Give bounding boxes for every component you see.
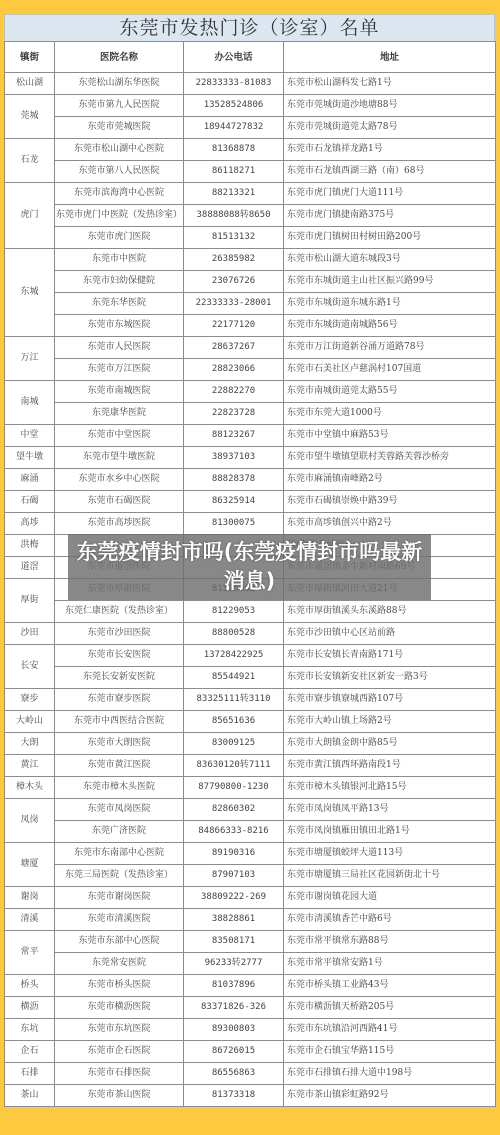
table-row: 东莞市虎门中医院（发热诊室）38888088转8650东莞市虎门镇捷南路375号	[5, 205, 496, 227]
town-cell: 长安	[5, 645, 55, 689]
hospital-name-cell: 东莞市清溪医院	[55, 909, 184, 931]
town-cell: 洪梅	[5, 535, 55, 557]
town-cell: 沙田	[5, 623, 55, 645]
town-cell: 横沥	[5, 997, 55, 1019]
town-cell: 道滘	[5, 557, 55, 579]
address-cell: 东莞市塘厦镇三局社区花园新街北十号	[284, 865, 496, 887]
address-cell: 东莞市中堂镇中麻路53号	[284, 425, 496, 447]
address-cell: 东莞市东城街道主山社区振兴路99号	[284, 271, 496, 293]
address-cell: 东莞市企石镇宝华路115号	[284, 1041, 496, 1063]
hospital-name-cell: 东莞市东城医院	[55, 315, 184, 337]
hospital-name-cell: 东莞市桥头医院	[55, 975, 184, 997]
hospital-name-cell: 东莞市水乡中心医院	[55, 469, 184, 491]
table-row: 东莞市第八人民医院86118271东莞市石龙镇西湖三路（南）68号	[5, 161, 496, 183]
hospital-name-cell: 东莞长安新安医院	[55, 667, 184, 689]
address-cell: 东莞市长安镇新安社区新安一路3号	[284, 667, 496, 689]
phone-cell: 81368878	[184, 139, 284, 161]
table-row: 东坑东莞市东坑医院89300803东莞市东坑镇沿河西路41号	[5, 1019, 496, 1041]
sheet-title: 东莞市发热门诊（诊室）名单	[4, 14, 495, 41]
address-cell: 东莞市茶山镇彩虹路92号	[284, 1085, 496, 1107]
town-cell: 东坑	[5, 1019, 55, 1041]
address-cell: 东莞市石龙镇祥龙路1号	[284, 139, 496, 161]
phone-cell: 84866333-8216	[184, 821, 284, 843]
hospital-name-cell: 东莞市中医院	[55, 249, 184, 271]
town-cell: 石碣	[5, 491, 55, 513]
hospital-name-cell: 东莞市中西医结合医院	[55, 711, 184, 733]
phone-cell: 38809222-269	[184, 887, 284, 909]
table-row: 石龙东莞市松山湖中心医院81368878东莞市石龙镇祥龙路1号	[5, 139, 496, 161]
phone-cell: 38888088转8650	[184, 205, 284, 227]
table-row: 莞城东莞市第九人民医院13528524806东莞市莞城街道沙地塘88号	[5, 95, 496, 117]
address-cell: 东莞市虎门镇捷南路375号	[284, 205, 496, 227]
phone-cell: 38937103	[184, 447, 284, 469]
hospital-name-cell: 东莞市寮步医院	[55, 689, 184, 711]
phone-cell: 88828378	[184, 469, 284, 491]
table-row: 谢岗东莞市谢岗医院38809222-269东莞市谢岗镇花园大道	[5, 887, 496, 909]
phone-cell: 81229053	[184, 601, 284, 623]
table-row: 东莞东华医院22333333-28001东莞市东城街道东城东路1号	[5, 293, 496, 315]
town-cell: 大岭山	[5, 711, 55, 733]
town-cell: 樟木头	[5, 777, 55, 799]
table-row: 长安东莞市长安医院13728422925东莞市长安镇长青南路171号	[5, 645, 496, 667]
hospital-name-cell: 东莞市横沥医院	[55, 997, 184, 1019]
town-cell: 清溪	[5, 909, 55, 931]
table-row: 中堂东莞市中堂医院88123267东莞市中堂镇中麻路53号	[5, 425, 496, 447]
phone-cell: 22833333-81083	[184, 73, 284, 95]
hospital-name-cell: 东莞市长安医院	[55, 645, 184, 667]
address-cell: 东莞市东莞大道1000号	[284, 403, 496, 425]
hospital-name-cell: 东莞市黄江医院	[55, 755, 184, 777]
address-cell: 东莞市寮步镇寮城西路107号	[284, 689, 496, 711]
phone-cell: 88800528	[184, 623, 284, 645]
table-row: 石排东莞市石排医院86556863东莞市石排镇石排大道中198号	[5, 1063, 496, 1085]
address-cell: 东莞市虎门镇虎门大道111号	[284, 183, 496, 205]
phone-cell: 81373318	[184, 1085, 284, 1107]
header-row: 镇街 医院名称 办公电话 地址	[5, 42, 496, 73]
address-cell: 东莞市麻涌镇南峰路2号	[284, 469, 496, 491]
table-row: 石碣东莞市石碣医院86325914东莞市石碣镇崇焕中路39号	[5, 491, 496, 513]
address-cell: 东莞市莞城街道沙地塘88号	[284, 95, 496, 117]
address-cell: 东莞市望牛墩镇望联村芙蓉路芙蓉沙桥旁	[284, 447, 496, 469]
hospital-name-cell: 东莞市东南部中心医院	[55, 843, 184, 865]
phone-cell: 89300803	[184, 1019, 284, 1041]
phone-cell: 83325111转3110	[184, 689, 284, 711]
hospital-name-cell: 东莞市沙田医院	[55, 623, 184, 645]
table-row: 常平东莞市东部中心医院83508171东莞市常平镇常东路88号	[5, 931, 496, 953]
town-cell: 企石	[5, 1041, 55, 1063]
town-cell: 望牛墩	[5, 447, 55, 469]
table-row: 清溪东莞市清溪医院38828861东莞市清溪镇香芒中路6号	[5, 909, 496, 931]
phone-cell: 88123267	[184, 425, 284, 447]
phone-cell: 87790800-1230	[184, 777, 284, 799]
hospital-name-cell: 东莞市石碣医院	[55, 491, 184, 513]
hospital-name-cell: 东莞市东坑医院	[55, 1019, 184, 1041]
column-header-phone: 办公电话	[184, 42, 284, 73]
phone-cell: 38828861	[184, 909, 284, 931]
town-cell: 高埗	[5, 513, 55, 535]
phone-cell: 13528524806	[184, 95, 284, 117]
address-cell: 东莞市常平镇常安路1号	[284, 953, 496, 975]
table-row: 企石东莞市企石医院86726015东莞市企石镇宝华路115号	[5, 1041, 496, 1063]
phone-cell: 22177120	[184, 315, 284, 337]
phone-cell: 13728422925	[184, 645, 284, 667]
table-row: 东莞市万江医院28823066东莞市石美社区卢慈涡村107国道	[5, 359, 496, 381]
table-row: 东莞市东城医院22177120东莞市东城街道南城路56号	[5, 315, 496, 337]
address-cell: 东莞市万江街道新谷涌万道路78号	[284, 337, 496, 359]
hospital-name-cell: 东莞市虎门中医院（发热诊室）	[55, 205, 184, 227]
address-cell: 东莞市石排镇石排大道中198号	[284, 1063, 496, 1085]
column-header-town: 镇街	[5, 42, 55, 73]
phone-cell: 83508171	[184, 931, 284, 953]
table-row: 东莞长安新安医院85544921东莞市长安镇新安社区新安一路3号	[5, 667, 496, 689]
address-cell: 东莞市东城街道南城路56号	[284, 315, 496, 337]
address-cell: 东莞市高埗镇创兴中路2号	[284, 513, 496, 535]
hospital-name-cell: 东莞东华医院	[55, 293, 184, 315]
phone-cell: 81300075	[184, 513, 284, 535]
phone-cell: 83371826-326	[184, 997, 284, 1019]
town-cell: 万江	[5, 337, 55, 381]
address-cell: 东莞市长安镇长青南路171号	[284, 645, 496, 667]
address-cell: 东莞市大朗镇金朗中路85号	[284, 733, 496, 755]
phone-cell: 89190316	[184, 843, 284, 865]
town-cell: 石排	[5, 1063, 55, 1085]
town-cell: 厚街	[5, 579, 55, 623]
town-cell: 石龙	[5, 139, 55, 183]
phone-cell: 22823728	[184, 403, 284, 425]
phone-cell: 22333333-28001	[184, 293, 284, 315]
table-row: 横沥东莞市横沥医院83371826-326东莞市横沥镇天桥路205号	[5, 997, 496, 1019]
table-row: 高埗东莞市高埗医院81300075东莞市高埗镇创兴中路2号	[5, 513, 496, 535]
table-row: 樟木头东莞市樟木头医院87790800-1230东莞市樟木头镇银河北路15号	[5, 777, 496, 799]
hospital-name-cell: 东莞市第八人民医院	[55, 161, 184, 183]
table-row: 东莞康华医院22823728东莞市东莞大道1000号	[5, 403, 496, 425]
hospital-name-cell: 东莞市南城医院	[55, 381, 184, 403]
table-row: 大岭山东莞市中西医结合医院85651636东莞市大岭山镇上场路2号	[5, 711, 496, 733]
address-cell: 东莞市石龙镇西湖三路（南）68号	[284, 161, 496, 183]
address-cell: 东莞市横沥镇天桥路205号	[284, 997, 496, 1019]
table-row: 大朗东莞市大朗医院83009125东莞市大朗镇金朗中路85号	[5, 733, 496, 755]
address-cell: 东莞市石碣镇崇焕中路39号	[284, 491, 496, 513]
town-cell: 松山湖	[5, 73, 55, 95]
address-cell: 东莞市凤岗镇凤平路13号	[284, 799, 496, 821]
phone-cell: 85651636	[184, 711, 284, 733]
table-row: 东莞仁康医院（发热诊室）81229053东莞市厚街镇溪头东溪路88号	[5, 601, 496, 623]
table-row: 塘厦东莞市东南部中心医院89190316东莞市塘厦镇蛟坪大道113号	[5, 843, 496, 865]
phone-cell: 82860302	[184, 799, 284, 821]
address-cell: 东莞市樟木头镇银河北路15号	[284, 777, 496, 799]
address-cell: 东莞市莞城街道莞太路78号	[284, 117, 496, 139]
hospital-name-cell: 东莞市望牛墩医院	[55, 447, 184, 469]
phone-cell: 96233转2777	[184, 953, 284, 975]
table-row: 茶山东莞市茶山医院81373318东莞市茶山镇彩虹路92号	[5, 1085, 496, 1107]
table-row: 桥头东莞市桥头医院81037896东莞市桥头镇工业路43号	[5, 975, 496, 997]
phone-cell: 88213321	[184, 183, 284, 205]
hospital-name-cell: 东莞市大朗医院	[55, 733, 184, 755]
town-cell: 常平	[5, 931, 55, 975]
hospital-name-cell: 东莞市滨海湾中心医院	[55, 183, 184, 205]
address-cell: 东莞市厚街镇溪头东溪路88号	[284, 601, 496, 623]
table-row: 东莞常安医院96233转2777东莞市常平镇常安路1号	[5, 953, 496, 975]
hospital-name-cell: 东莞市樟木头医院	[55, 777, 184, 799]
town-cell: 谢岗	[5, 887, 55, 909]
phone-cell: 22882270	[184, 381, 284, 403]
phone-cell: 28823066	[184, 359, 284, 381]
phone-cell: 26385982	[184, 249, 284, 271]
hospital-name-cell: 东莞市谢岗医院	[55, 887, 184, 909]
phone-cell: 23076726	[184, 271, 284, 293]
address-cell: 东莞市桥头镇工业路43号	[284, 975, 496, 997]
town-cell: 凤岗	[5, 799, 55, 843]
town-cell: 大朗	[5, 733, 55, 755]
town-cell: 南城	[5, 381, 55, 425]
hospital-name-cell: 东莞三局医院（发热诊室）	[55, 865, 184, 887]
hospital-name-cell: 东莞市企石医院	[55, 1041, 184, 1063]
address-cell: 东莞市南城街道莞太路55号	[284, 381, 496, 403]
address-cell: 东莞市凤岗镇雁田镇田北路1号	[284, 821, 496, 843]
town-cell: 虎门	[5, 183, 55, 249]
hospital-name-cell: 东莞市妇幼保健院	[55, 271, 184, 293]
table-row: 松山湖东莞松山湖东华医院22833333-81083东莞市松山湖科发七路1号	[5, 73, 496, 95]
hospital-name-cell: 东莞松山湖东华医院	[55, 73, 184, 95]
hospital-name-cell: 东莞常安医院	[55, 953, 184, 975]
column-header-address: 地址	[284, 42, 496, 73]
hospital-name-cell: 东莞康华医院	[55, 403, 184, 425]
phone-cell: 86118271	[184, 161, 284, 183]
table-row: 望牛墩东莞市望牛墩医院38937103东莞市望牛墩镇望联村芙蓉路芙蓉沙桥旁	[5, 447, 496, 469]
phone-cell: 18944727832	[184, 117, 284, 139]
hospital-name-cell: 东莞广济医院	[55, 821, 184, 843]
address-cell: 东莞市松山湖大道东城段3号	[284, 249, 496, 271]
hospital-name-cell: 东莞市石排医院	[55, 1063, 184, 1085]
town-cell: 茶山	[5, 1085, 55, 1107]
address-cell: 东莞市常平镇常东路88号	[284, 931, 496, 953]
town-cell: 东城	[5, 249, 55, 337]
hospital-name-cell: 东莞市莞城医院	[55, 117, 184, 139]
phone-cell: 28637267	[184, 337, 284, 359]
town-cell: 黄江	[5, 755, 55, 777]
phone-cell: 86726015	[184, 1041, 284, 1063]
hospital-name-cell: 东莞市虎门医院	[55, 227, 184, 249]
hospital-name-cell: 东莞市高埗医院	[55, 513, 184, 535]
table-row: 东莞市虎门医院81513132东莞市虎门镇树田村树田路200号	[5, 227, 496, 249]
phone-cell: 81513132	[184, 227, 284, 249]
address-cell: 东莞市松山湖科发七路1号	[284, 73, 496, 95]
hospital-name-cell: 东莞仁康医院（发热诊室）	[55, 601, 184, 623]
hospital-name-cell: 东莞市中堂医院	[55, 425, 184, 447]
address-cell: 东莞市石美社区卢慈涡村107国道	[284, 359, 496, 381]
address-cell: 东莞市塘厦镇蛟坪大道113号	[284, 843, 496, 865]
table-row: 东城东莞市中医院26385982东莞市松山湖大道东城段3号	[5, 249, 496, 271]
town-cell: 寮步	[5, 689, 55, 711]
address-cell: 东莞市谢岗镇花园大道	[284, 887, 496, 909]
table-row: 寮步东莞市寮步医院83325111转3110东莞市寮步镇寮城西路107号	[5, 689, 496, 711]
address-cell: 东莞市黄江镇西环路南段1号	[284, 755, 496, 777]
table-row: 麻涌东莞市水乡中心医院88828378东莞市麻涌镇南峰路2号	[5, 469, 496, 491]
town-cell: 塘厦	[5, 843, 55, 887]
column-header-hospital: 医院名称	[55, 42, 184, 73]
phone-cell: 81037896	[184, 975, 284, 997]
table-row: 万江东莞市人民医院28637267东莞市万江街道新谷涌万道路78号	[5, 337, 496, 359]
table-row: 东莞市莞城医院18944727832东莞市莞城街道莞太路78号	[5, 117, 496, 139]
hospital-name-cell: 东莞市万江医院	[55, 359, 184, 381]
hospital-name-cell: 东莞市人民医院	[55, 337, 184, 359]
address-cell: 东莞市大岭山镇上场路2号	[284, 711, 496, 733]
phone-cell: 86325914	[184, 491, 284, 513]
caption-overlay: 东莞疫情封市吗(东莞疫情封市吗最新消息)	[68, 534, 431, 600]
table-row: 南城东莞市南城医院22882270东莞市南城街道莞太路55号	[5, 381, 496, 403]
town-cell: 中堂	[5, 425, 55, 447]
hospital-name-cell: 东莞市第九人民医院	[55, 95, 184, 117]
address-cell: 东莞市虎门镇树田村树田路200号	[284, 227, 496, 249]
table-row: 黄江东莞市黄江医院83630120转7111东莞市黄江镇西环路南段1号	[5, 755, 496, 777]
hospital-name-cell: 东莞市凤岗医院	[55, 799, 184, 821]
address-cell: 东莞市沙田镇中心区站前路	[284, 623, 496, 645]
table-row: 东莞市妇幼保健院23076726东莞市东城街道主山社区振兴路99号	[5, 271, 496, 293]
address-cell: 东莞市东坑镇沿河西路41号	[284, 1019, 496, 1041]
phone-cell: 83630120转7111	[184, 755, 284, 777]
town-cell: 莞城	[5, 95, 55, 139]
table-row: 东莞三局医院（发热诊室）87907103东莞市塘厦镇三局社区花园新街北十号	[5, 865, 496, 887]
hospital-name-cell: 东莞市茶山医院	[55, 1085, 184, 1107]
table-row: 沙田东莞市沙田医院88800528东莞市沙田镇中心区站前路	[5, 623, 496, 645]
town-cell: 桥头	[5, 975, 55, 997]
hospital-name-cell: 东莞市东部中心医院	[55, 931, 184, 953]
table-row: 东莞广济医院84866333-8216东莞市凤岗镇雁田镇田北路1号	[5, 821, 496, 843]
table-row: 虎门东莞市滨海湾中心医院88213321东莞市虎门镇虎门大道111号	[5, 183, 496, 205]
table-row: 凤岗东莞市凤岗医院82860302东莞市凤岗镇凤平路13号	[5, 799, 496, 821]
address-cell: 东莞市东城街道东城东路1号	[284, 293, 496, 315]
town-cell: 麻涌	[5, 469, 55, 491]
phone-cell: 85544921	[184, 667, 284, 689]
hospital-name-cell: 东莞市松山湖中心医院	[55, 139, 184, 161]
phone-cell: 87907103	[184, 865, 284, 887]
address-cell: 东莞市清溪镇香芒中路6号	[284, 909, 496, 931]
phone-cell: 83009125	[184, 733, 284, 755]
phone-cell: 86556863	[184, 1063, 284, 1085]
